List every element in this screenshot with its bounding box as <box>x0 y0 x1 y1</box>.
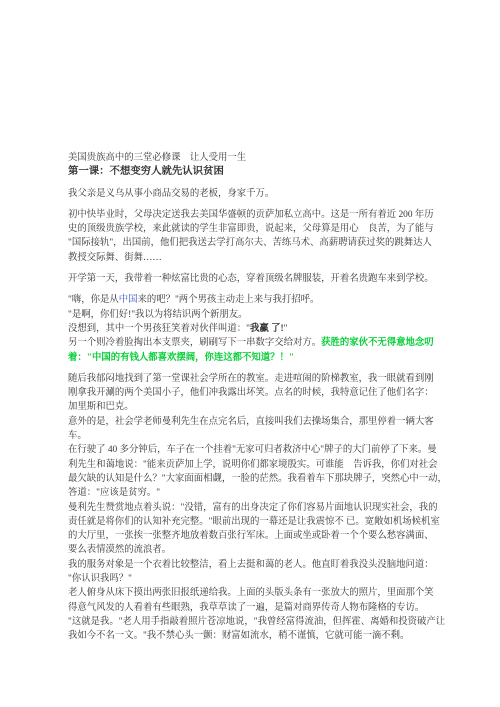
text-run: 随后我郁闷地找到了第一堂课社会学所在的教室。走进喧闹的阶梯教室，我一眼就看到刚 <box>68 374 434 384</box>
text-run: 最欠缺的认知是什么？"大家面面相觑，一脸的茫然。我看着车下那块牌子，突然心中一动… <box>68 474 447 484</box>
text-line: 没想到，其中一个男孩狂笑着对伙伴叫道："我赢 了!" <box>68 322 448 336</box>
text-run: 利先生和蔼地说："能来贡萨加上学，说明你们都家境殷实。可谁能 告诉我，你们对社会 <box>68 460 437 470</box>
text-line: "你认识我吗？" <box>68 572 448 586</box>
text-line: 我如今不名一文。"我不禁心头一颤：财富如流水，稍不谨慎，它就可能一滴不剩。 <box>68 629 448 643</box>
text-run: 我父亲是义乌从事小商品交易的老板，身家千万。 <box>68 189 274 199</box>
text-run: 车。 <box>68 431 87 441</box>
text-line: 的大厅里，一张挨一张整齐地放着数百张行军床。上面或坐或卧着一个个要么愁容满面、 <box>68 529 448 543</box>
text-line: 曼利先生赞赏地点着头说："没错，富有的出身决定了你们容易片面地认识现实社会，我的 <box>68 501 448 515</box>
text-run: 意外的是，社会学老师曼利先生在点完名后，直接叫我们去操场集合，那里停着一辆大客 <box>68 417 434 427</box>
emphasis-green-text: 着："中国的有钱人都喜欢摆阔，你连这都不知道？！" <box>68 353 294 363</box>
text-run: 来的吧？"两个男孩主动走上来与我打招呼。 <box>137 295 319 305</box>
china-link-text[interactable]: 中国 <box>119 295 138 305</box>
text-run: 初中快毕业时，父母决定送我去美国华盛顿的贡萨加私立高中。这是一所有着近 200 … <box>68 210 434 220</box>
text-line: 史的顶级贵族学校，来此就读的学生非富即贵，说起来，父母算是用心 良苦，为了能与 <box>68 222 448 236</box>
text-run: "你认识我吗？" <box>68 574 132 584</box>
text-run: 教授交际舞、街舞…… <box>68 253 162 263</box>
text-line: "是啊，你们好!"我以为将结识两个新朋友。 <box>68 308 448 322</box>
text-line: "国际接轨"，出国前，他们把我送去学打高尔夫、苦练马术、高薪聘请获过奖的跳舞达人 <box>68 236 448 250</box>
article-body: 我父亲是义乌从事小商品交易的老板，身家千万。初中快毕业时，父母决定送我去美国华盛… <box>68 187 448 644</box>
text-line: 刚拿我开涮的两个美国小子，他们冲我露出坏笑。点名的时候，我特意记住了他们名字： <box>68 386 448 400</box>
text-run: 得意气风发的人看着有些眼熟，我草草读了一遍，是篇对商界传奇人物布隆格的专访。 <box>68 603 424 613</box>
text-line: 开学第一天，我带着一种炫富比贵的心态，穿着顶级名牌服装，开着名贵跑车来到学校。 <box>68 272 448 286</box>
text-line: 意外的是，社会学老师曼利先生在点完名后，直接叫我们去操场集合，那里停着一辆大客 <box>68 415 448 429</box>
text-line: 我父亲是义乌从事小商品交易的老板，身家千万。 <box>68 187 448 201</box>
text-run: 加里斯和巴克。 <box>68 402 134 412</box>
text-line: 答道："应该是贫穷。" <box>68 486 448 500</box>
text-run: "是啊，你们好!"我以为将结识两个新朋友。 <box>68 310 248 320</box>
text-run: 答道："应该是贫穷。" <box>68 488 160 498</box>
lesson-heading: 第一课：不想变穷人就先认识贫困 <box>68 165 448 179</box>
text-run: 老人俯身从床下摸出两张旧报纸递给我。上面的头版头条有一张放大的照片，里面那个笑 <box>68 588 434 598</box>
text-line: 我的服务对象是一个衣着比较整洁，看上去挺和蔼的老人。他直盯着我没头没脑地问道： <box>68 558 448 572</box>
text-line: "嗨，你是从中国来的吧？"两个男孩主动走上来与我打招呼。 <box>68 293 448 307</box>
text-run: 要么表情漠然的流浪者。 <box>68 545 171 555</box>
text-run: 刚拿我开涮的两个美国小子，他们冲我露出坏笑。点名的时候，我特意记住了他们名字： <box>68 388 434 398</box>
article: 美国贵族高中的三堂必修课 让人受用一生 第一课：不想变穷人就先认识贫困 我父亲是… <box>68 151 448 644</box>
text-run: 在行驶了 40 多分钟后，车子在一个挂着"无家可归者救济中心"牌子的大门前停了下… <box>68 445 437 455</box>
document-page: 美国贵族高中的三堂必修课 让人受用一生 第一课：不想变穷人就先认识贫困 我父亲是… <box>0 0 500 707</box>
text-run: "国际接轨"，出国前，他们把我送去学打高尔夫、苦练马术、高薪聘请获过奖的跳舞达人 <box>68 238 432 248</box>
text-run: 责任就是将你们的认知补充完整。"眼前出现的一幕还是让我震惊不 已。宽敞如机场候机… <box>68 517 440 527</box>
text-run: 另一个则冷着脸掏出本支票夹，刷刷写下一串数字交给对方。 <box>68 338 321 348</box>
text-line: 最欠缺的认知是什么？"大家面面相觑，一脸的茫然。我看着车下那块牌子，突然心中一动… <box>68 472 448 486</box>
text-run: 史的顶级贵族学校，来此就读的学生非富即贵，说起来，父母算是用心 良苦，为了能与 <box>68 224 434 234</box>
text-line: 得意气风发的人看着有些眼熟，我草草读了一遍，是篇对商界传奇人物布隆格的专访。 <box>68 601 448 615</box>
document-title: 美国贵族高中的三堂必修课 让人受用一生 <box>68 151 448 165</box>
text-line: 责任就是将你们的认知补充完整。"眼前出现的一幕还是让我震惊不 已。宽敞如机场候机… <box>68 515 448 529</box>
text-line: 随后我郁闷地找到了第一堂课社会学所在的教室。走进喧闹的阶梯教室，我一眼就看到刚 <box>68 372 448 386</box>
text-line: 另一个则冷着脸掏出本支票夹，刷刷写下一串数字交给对方。获胜的家伙不无得意地念叨 <box>68 336 448 350</box>
text-line: 车。 <box>68 429 448 443</box>
text-line: 教授交际舞、街舞…… <box>68 251 448 265</box>
emphasis-bold-text: 我赢 了! <box>250 324 284 334</box>
text-line: 老人俯身从床下摸出两张旧报纸递给我。上面的头版头条有一张放大的照片，里面那个笑 <box>68 586 448 600</box>
text-run: "这就是我。"老人用手指敲着照片苍凉地说，"我曾经富得流油，但挥霍、离婚和投资破… <box>68 617 445 627</box>
text-line: 着："中国的有钱人都喜欢摆阔，你连这都不知道？！" <box>68 351 448 365</box>
text-run: 开学第一天，我带着一种炫富比贵的心态，穿着顶级名牌服装，开着名贵跑车来到学校。 <box>68 274 434 284</box>
text-line: 初中快毕业时，父母决定送我去美国华盛顿的贡萨加私立高中。这是一所有着近 200 … <box>68 208 448 222</box>
emphasis-green-text: 获胜的家伙不无得意地念叨 <box>321 338 434 348</box>
text-line: "这就是我。"老人用手指敲着照片苍凉地说，"我曾经富得流油，但挥霍、离婚和投资破… <box>68 615 448 629</box>
text-line: 要么表情漠然的流浪者。 <box>68 543 448 557</box>
text-run: " <box>284 324 288 334</box>
text-run: 曼利先生赞赏地点着头说："没错，富有的出身决定了你们容易片面地认识现实社会，我的 <box>68 503 437 513</box>
text-run: 没想到，其中一个男孩狂笑着对伙伴叫道：" <box>68 324 250 334</box>
text-run: "嗨，你是从 <box>68 295 119 305</box>
text-line: 加里斯和巴克。 <box>68 400 448 414</box>
text-run: 我的服务对象是一个衣着比较整洁，看上去挺和蔼的老人。他直盯着我没头没脑地问道： <box>68 560 434 570</box>
text-run: 我如今不名一文。"我不禁心头一颤：财富如流水，稍不谨慎，它就可能一滴不剩。 <box>68 631 409 641</box>
text-run: 的大厅里，一张挨一张整齐地放着数百张行军床。上面或坐或卧着一个个要么愁容满面、 <box>68 531 434 541</box>
text-line: 在行驶了 40 多分钟后，车子在一个挂着"无家可归者救济中心"牌子的大门前停了下… <box>68 443 448 457</box>
text-line: 利先生和蔼地说："能来贡萨加上学，说明你们都家境殷实。可谁能 告诉我，你们对社会 <box>68 458 448 472</box>
